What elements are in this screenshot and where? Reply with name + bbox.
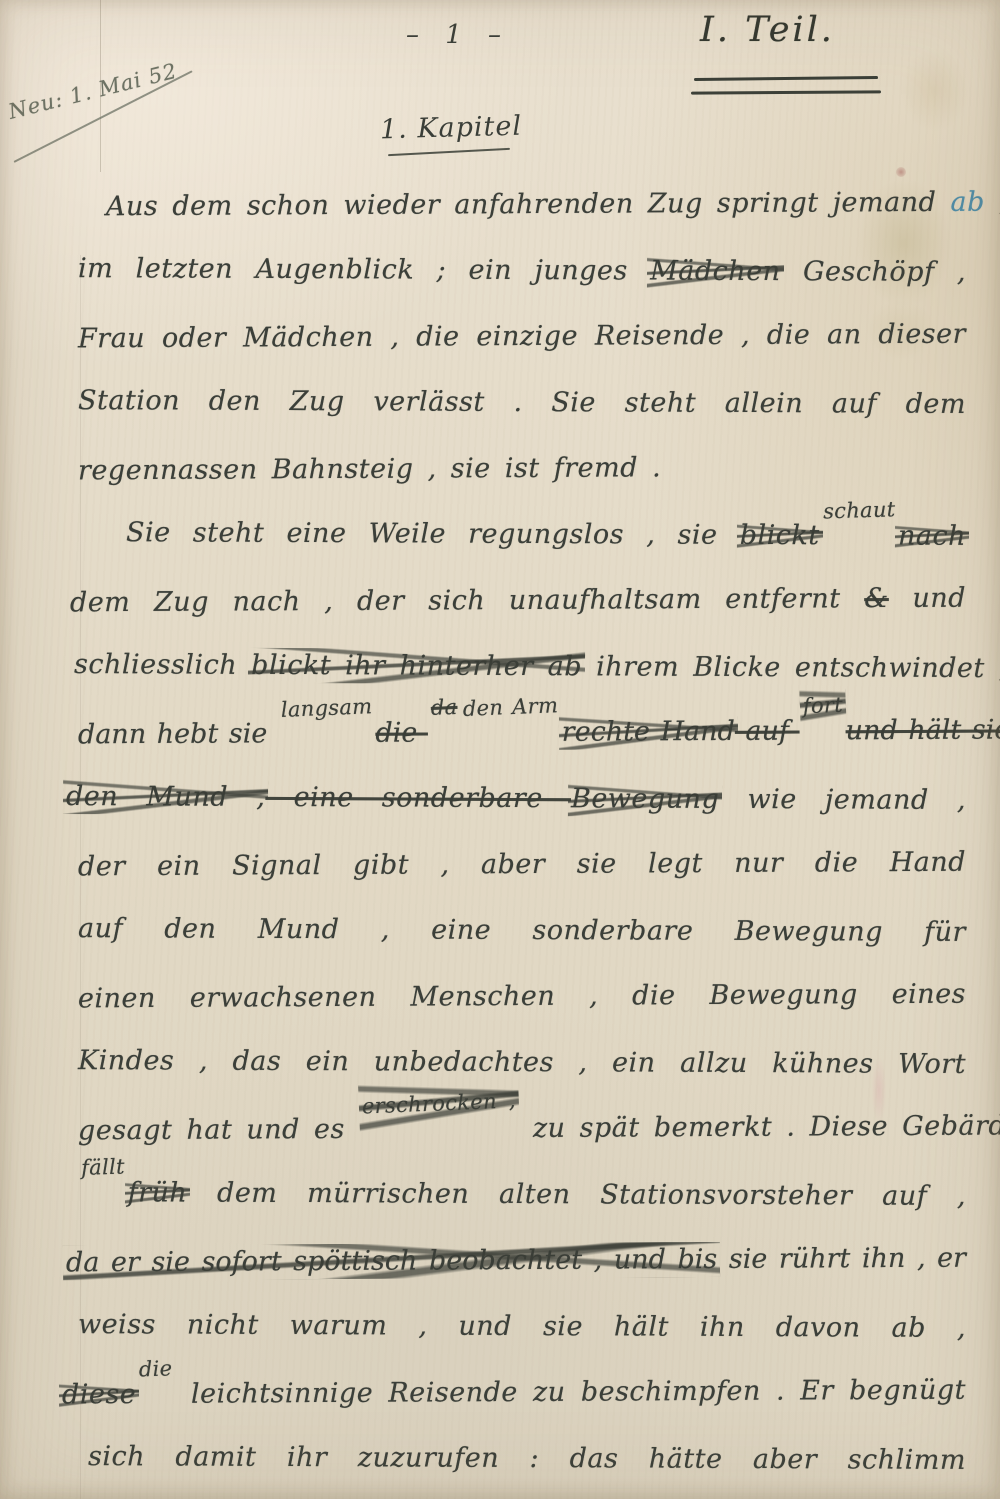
crossed-out-text: eine sonderbare — [265, 782, 571, 814]
handwritten-text: der ein Signal gibt , aber sie legt nur … — [78, 847, 966, 883]
handwritten-text: Sie steht eine Weile regungslos , sie — [126, 517, 740, 551]
crossed-out-text: Mädchen — [650, 256, 781, 288]
crossed-out-text: erschrocken , — [361, 1067, 517, 1139]
handwritten-text: weiss nicht warum , und sie hält ihn dav… — [78, 1309, 966, 1344]
manuscript-line: einen erwachsenen Menschen , die Bewegun… — [78, 962, 966, 1033]
crossed-out-text: fort — [801, 672, 844, 740]
crossed-out-text: Bewegung — [571, 783, 719, 815]
manuscript-line: sich damit ihr zuzurufen : das hätte abe… — [88, 1424, 966, 1494]
manuscript-line: fälltfrüh dem mürrischen alten Stationsv… — [78, 1160, 966, 1230]
handwritten-text: regennassen Bahnsteig , sie ist fremd . — [78, 452, 661, 486]
manuscript-line: den Mund , eine sonderbare Bewegung wie … — [66, 764, 966, 834]
handwritten-text: dem Zug nach , der sich unaufhaltsam ent… — [70, 583, 864, 618]
page-number: – 1 – — [398, 20, 518, 50]
inserted-word: langsam — [279, 673, 373, 743]
manuscript-line: Aus dem schon wieder anfahrenden Zug spr… — [106, 170, 966, 241]
part-title: I. Teil. — [700, 10, 900, 50]
inserted-word: die — [138, 1335, 174, 1402]
crossed-out-text: da — [429, 674, 458, 741]
manuscript-line: Station den Zug verlässt . Sie steht all… — [78, 368, 966, 438]
manuscript-line: gesagt hat und es erschrocken , zu spät … — [78, 1094, 966, 1165]
handwritten-text: im letzten Augenblick ; ein junges — [78, 253, 650, 286]
handwritten-text: dann hebt sie — [78, 718, 278, 750]
crossed-out-text: den Mund , — [66, 781, 266, 813]
crossed-out-text: die — [375, 717, 428, 748]
manuscript-line: Kindes , das ein unbedachtes , ein allzu… — [78, 1028, 966, 1098]
manuscript-line: da er sie sofort spöttisch beobachtet , … — [66, 1226, 966, 1297]
handwritten-text: zu spät bemerkt . Diese Gebärde — [519, 1110, 1000, 1144]
chapter-title-underline — [388, 148, 510, 156]
inserted-word: schaut — [822, 476, 896, 544]
manuscript-line: der ein Signal gibt , aber sie legt nur … — [78, 830, 966, 901]
crossed-out-text: nach — [898, 521, 966, 552]
manuscript-line: auf den Mund , eine sonderbare Bewegung … — [78, 896, 966, 966]
manuscript-line: Frau oder Mädchen , die einzige Reisende… — [78, 302, 966, 373]
part-title-underline — [694, 76, 878, 81]
crossed-out-text: früh — [128, 1177, 188, 1208]
handwritten-text: , — [985, 187, 1000, 218]
crossed-out-text: diese — [62, 1379, 136, 1410]
manuscript-line: dem Zug nach , der sich unaufhaltsam ent… — [70, 566, 966, 637]
manuscript-line: dann hebt sie langsamdie daden Armrechte… — [78, 698, 966, 769]
handwritten-text: Aus dem schon wieder anfahrenden Zug spr… — [106, 187, 951, 222]
handwritten-text: sie rührt ihn , er — [717, 1243, 966, 1275]
inserted-word: den Arm — [462, 672, 560, 742]
handwritten-text: Geschöpf , — [781, 256, 967, 288]
handwritten-text: Frau oder Mädchen , die einzige Reisende… — [78, 319, 966, 355]
paper-stain — [900, 48, 970, 132]
handwritten-text: wie jemand , — [719, 784, 966, 816]
crossed-out-text: rechte Hand — [562, 716, 735, 748]
handwritten-text: leichtsinnige Reisende zu beschimpfen . … — [176, 1375, 966, 1410]
handwritten-text: einen erwachsenen Menschen , die Bewegun… — [78, 979, 966, 1015]
handwritten-text: sich damit ihr zuzurufen : das hätte abe… — [88, 1441, 966, 1476]
crossed-out-text: da er sie sofort spöttisch beobachtet , … — [66, 1244, 717, 1278]
handwritten-text: Kindes , das ein unbedachtes , ein allzu… — [78, 1045, 966, 1080]
part-title-underline — [691, 90, 881, 94]
manuscript-line: Sie steht eine Weile regungslos , sie bl… — [126, 500, 966, 570]
handwritten-text: Station den Zug verlässt . Sie steht all… — [78, 385, 966, 420]
handwritten-text: ihrem Blicke entschwindet , — [582, 651, 1000, 684]
handwritten-text: schliesslich — [74, 649, 251, 681]
manuscript-body: Aus dem schon wieder anfahrenden Zug spr… — [78, 172, 968, 1492]
crossed-out-text: blickt — [740, 520, 820, 551]
crossed-out-text: auf — [735, 716, 800, 747]
handwritten-text: dem mürrischen alten Stationsvorsteher a… — [187, 1178, 966, 1212]
manuscript-line: diesedie leichtsinnige Reisende zu besch… — [62, 1358, 966, 1429]
blue-pencil-word: ab — [950, 187, 985, 218]
handwritten-text: und — [889, 583, 966, 614]
chapter-title: 1. Kapitel — [380, 110, 561, 146]
manuscript-line: weiss nicht warum , und sie hält ihn dav… — [78, 1292, 966, 1362]
crossed-out-text: und hält sie vor — [846, 714, 1000, 746]
inserted-word: fällt — [80, 1134, 126, 1201]
crossed-out-text: & — [864, 583, 889, 614]
manuscript-page: Neu: 1. Mai 52 – 1 – I. Teil. 1. Kapitel… — [0, 0, 1000, 1499]
manuscript-line: im letzten Augenblick ; ein junges Mädch… — [78, 236, 966, 306]
handwritten-text: auf den Mund , eine sonderbare Bewegung … — [78, 913, 966, 948]
